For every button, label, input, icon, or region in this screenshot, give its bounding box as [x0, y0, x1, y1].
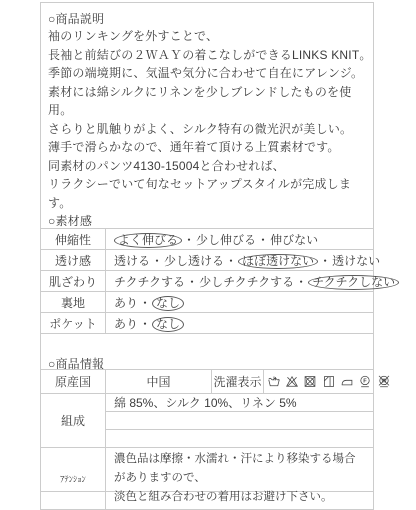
option: 少しチクチクする: [199, 275, 294, 289]
description-line: 同素材のパンツ4130-15004と合わせれば、: [48, 157, 373, 176]
hand-wash-icon: [267, 374, 281, 389]
description-line: さらりと肌触りがよく、シルク特有の微光沢が美しい。: [48, 120, 373, 139]
table-row: ポケット あり・なし: [41, 313, 374, 334]
composition-subrow-empty: [106, 430, 374, 448]
option-separator: ・: [319, 254, 331, 268]
description-paragraph: 袖のリンキングを外すことで、 長袖と前結びの２ＷＡＹの着こなしができるLINKS…: [48, 27, 373, 212]
option-selected: よく伸びる: [114, 233, 182, 248]
laundry-label: 洗濯表示: [212, 370, 264, 394]
laundry-icons: F W: [264, 370, 374, 394]
no-wet-clean-icon: W: [377, 374, 391, 389]
attention-text: 濃色品は摩擦・水濡れ・汗により移染する場合がありますので、 淡色と組み合わせの着…: [106, 448, 374, 510]
svg-text:F: F: [364, 379, 368, 385]
row-label: 伸縮性: [41, 229, 106, 250]
row-label: 肌ざわり: [41, 271, 106, 292]
option-selected: なし: [152, 317, 184, 332]
product-info-table: 原産国 中国 洗濯表示: [40, 369, 374, 510]
description-line: 季節の端境期に、気温や気分に合わせて自在にアレンジ。: [48, 64, 373, 83]
option-separator: ・: [186, 275, 198, 289]
material-feel-table: 伸縮性 よく伸びる・少し伸びる・伸びない 透け感 透ける・少し透ける・ほぼ透けな…: [40, 228, 374, 334]
option-separator: ・: [139, 296, 151, 310]
composition-subrow-empty: [106, 412, 374, 430]
section-title-description: ○商品説明: [48, 10, 104, 27]
hang-dry-in-shade-icon: [322, 374, 336, 389]
option: 少し伸びる: [196, 233, 256, 247]
description-line: 袖のリンキングを外すことで、: [48, 27, 373, 46]
description-line: リラクシーでいて旬なセットアップスタイルが完成します。: [48, 175, 373, 212]
option-selected: チクチクしない: [308, 275, 399, 290]
description-line: 長袖と前結びの２ＷＡＹの着こなしができるLINKS KNIT。: [48, 46, 373, 65]
table-row: 肌ざわり チクチクする・少しチクチクする・チクチクしない: [41, 271, 374, 292]
option: あり: [114, 296, 138, 310]
attention-line: 淡色と組み合わせの着用はお避け下さい。: [114, 488, 365, 507]
option: 少し透ける: [164, 254, 224, 268]
row-options: あり・なし: [106, 313, 374, 334]
origin-label: 原産国: [41, 370, 106, 394]
option-selected: なし: [152, 296, 184, 311]
description-line: 薄手で滑らかなので、通年着て頂ける上質素材です。: [48, 138, 373, 157]
option: 伸びない: [270, 233, 318, 247]
option-separator: ・: [295, 275, 307, 289]
attention-line: 濃色品は摩擦・水濡れ・汗により移染する場合がありますので、: [114, 450, 365, 488]
dry-clean-f-icon: F: [358, 374, 372, 389]
option-separator: ・: [183, 233, 195, 247]
row-options: 透ける・少し透ける・ほぼ透けない・透けない: [106, 250, 374, 271]
option: 透けない: [332, 254, 380, 268]
table-row: ｱﾃﾝｼｮﾝ 濃色品は摩擦・水濡れ・汗により移染する場合がありますので、 淡色と…: [41, 448, 374, 510]
table-row: 原産国 中国 洗濯表示: [41, 370, 374, 394]
option-separator: ・: [139, 317, 151, 331]
row-options: チクチクする・少しチクチクする・チクチクしない: [106, 271, 374, 292]
attention-label: ｱﾃﾝｼｮﾝ: [41, 448, 106, 510]
section-title-material: ○素材感: [48, 212, 92, 229]
row-label: 透け感: [41, 250, 106, 271]
description-line: 素材には綿シルクにリネンを少しブレンドしたものを使用。: [48, 83, 373, 120]
row-label: 裏地: [41, 292, 106, 313]
row-label: ポケット: [41, 313, 106, 334]
option-selected: ほぼ透けない: [238, 254, 318, 269]
no-tumble-dry-icon: [303, 374, 317, 389]
option: 透ける: [114, 254, 150, 268]
table-row: 透け感 透ける・少し透ける・ほぼ透けない・透けない: [41, 250, 374, 271]
composition-value: 綿 85%、シルク 10%、リネン 5%: [106, 394, 374, 412]
option-separator: ・: [151, 254, 163, 268]
row-options: よく伸びる・少し伸びる・伸びない: [106, 229, 374, 250]
table-row: 組成 綿 85%、シルク 10%、リネン 5%: [41, 394, 374, 412]
row-options: あり・なし: [106, 292, 374, 313]
no-bleach-icon: [285, 374, 299, 389]
product-detail-panel: ○商品説明 袖のリンキングを外すことで、 長袖と前結びの２ＷＡＹの着こなしができ…: [40, 2, 374, 492]
iron-icon: [340, 374, 354, 389]
option-separator: ・: [225, 254, 237, 268]
origin-value: 中国: [106, 370, 212, 394]
table-row: 伸縮性 よく伸びる・少し伸びる・伸びない: [41, 229, 374, 250]
composition-label: 組成: [41, 394, 106, 448]
option: あり: [114, 317, 138, 331]
option: チクチクする: [114, 275, 185, 289]
table-row: 裏地 あり・なし: [41, 292, 374, 313]
option-separator: ・: [257, 233, 269, 247]
